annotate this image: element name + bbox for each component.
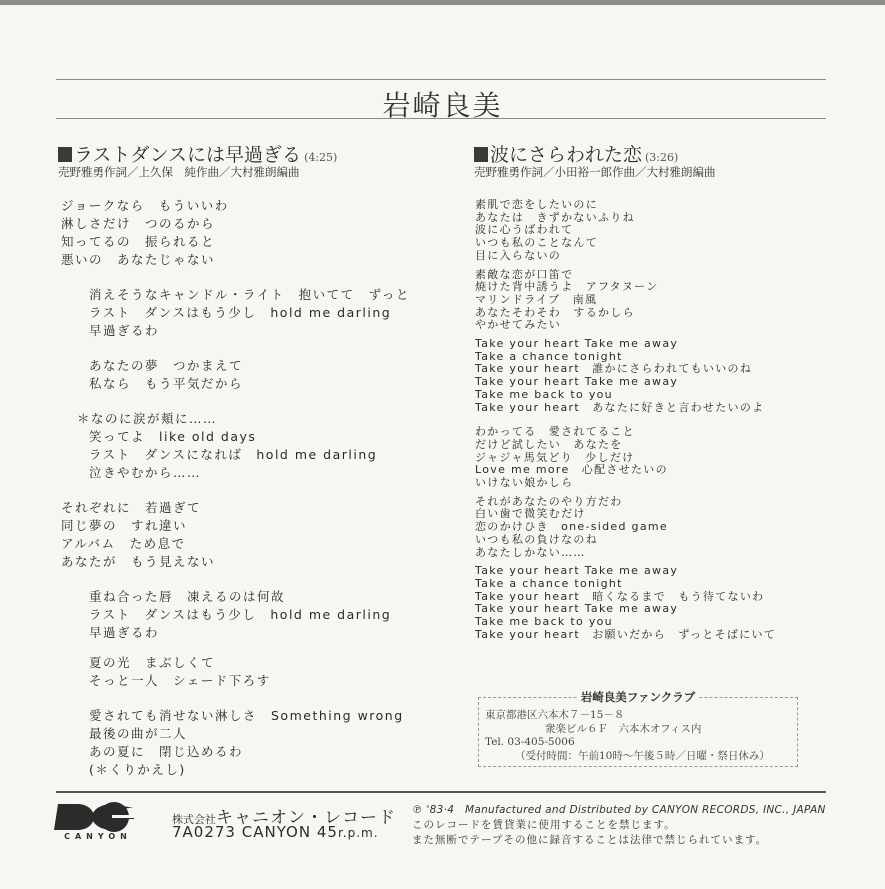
lyric-line: あの夏に 閉じ込めるわ — [61, 743, 410, 761]
page-top-edge — [0, 0, 885, 5]
lyric-line: 早過ぎるわ — [61, 322, 410, 340]
lyric-line: アルバム ため息で — [61, 535, 410, 553]
lyric-line: だけど試したい あなたを — [475, 439, 776, 452]
lyric-line: ジョークなら もういいわ — [61, 197, 410, 215]
song-title-1: ラストダンスには早過ぎる(4:25) — [58, 140, 337, 167]
lyric-line: 笑ってよ like old days — [61, 428, 410, 446]
fanclub-phone: Tel. 03-405-5006 — [485, 736, 791, 750]
lyric-line: 重ね合った唇 凍えるのは何故 — [61, 588, 410, 606]
lyric-line: いつも私の負けなのね — [475, 534, 776, 547]
fanclub-title: 岩崎良美ファンクラブ — [577, 690, 700, 704]
lyric-line: ラスト ダンスになれば hold me darling — [61, 446, 410, 464]
lyric-line: Take your heart お願いだから ずっとそばにいて — [475, 629, 776, 642]
fanclub-building: 衆楽ビル６Ｆ 六本木オフィス内 — [485, 723, 791, 737]
lyrics-song-1: ジョークなら もういいわ 淋しさだけ つのるから 知ってるの 振られると 悪いの… — [61, 197, 410, 779]
lyric-line: あなたが もう見えない — [61, 553, 410, 571]
canyon-logo-text: CANYON — [52, 832, 144, 841]
fanclub-box: 岩崎良美ファンクラブ 東京都港区六本木７－15－８ 衆楽ビル６Ｆ 六本木オフィス… — [478, 697, 798, 767]
lyric-line: 悪いの あなたじゃない — [61, 251, 410, 269]
header-top-rule — [56, 79, 826, 80]
lyric-line: 愛されても消せない淋しさ Something wrong — [61, 707, 410, 725]
lyric-line: ＊なのに涙が頬に…… — [61, 410, 410, 428]
lyric-line: 恋のかけひき one-sided game — [475, 521, 776, 534]
recording-prohibition: また無断でテープその他に録音することは法律で禁じられています。 — [412, 833, 826, 848]
lyric-line: やかせてみたい — [475, 319, 776, 332]
rental-prohibition: このレコードを賃貸業に使用することを禁じます。 — [412, 818, 826, 833]
header-bottom-rule — [56, 118, 826, 119]
manufacturer-line: ℗ '83·4 Manufactured and Distributed by … — [412, 803, 826, 818]
lyric-line: Take your heart Take me away — [475, 338, 776, 351]
fanclub-address: 東京都港区六本木７－15－８ — [485, 709, 791, 723]
lyric-line: 知ってるの 振られると — [61, 233, 410, 251]
lyric-line: そっと一人 シェード下ろす — [61, 672, 410, 690]
lyric-line: 素肌で恋をしたいのに — [475, 199, 776, 212]
lyric-line: マリンドライブ 南風 — [475, 294, 776, 307]
footer-rule — [56, 791, 826, 793]
lyric-line: Take your heart あなたに好きと言わせたいのよ — [475, 402, 776, 415]
lyric-line: Take me back to you — [475, 616, 776, 629]
lyric-line: 同じ夢の すれ違い — [61, 517, 410, 535]
lyric-line: 早過ぎるわ — [61, 624, 410, 642]
lyric-line: いつも私のことなんて — [475, 237, 776, 250]
song-credits-1: 売野雅勇作詞／上久保 純作曲／大村雅朗編曲 — [58, 164, 300, 180]
lyric-line: 消えそうなキャンドル・ライト 抱いてて ずっと — [61, 286, 410, 304]
song-duration: (4:25) — [304, 151, 337, 164]
song-credits-2: 売野雅勇作詞／小田裕一郎作曲／大村雅朗編曲 — [474, 164, 716, 180]
lyric-line: 最後の曲が二人 — [61, 725, 410, 743]
lyric-line: Take me back to you — [475, 389, 776, 402]
square-bullet-icon — [58, 147, 72, 162]
lyric-line: Take your heart Take me away — [475, 376, 776, 389]
lyric-line: (＊くりかえし) — [61, 761, 410, 779]
square-bullet-icon — [474, 147, 488, 162]
lyric-line: Take a chance tonight — [475, 578, 776, 591]
song-duration: (3:26) — [645, 151, 678, 164]
catalog-number: 7A0273 CANYON 45r.p.m. — [172, 823, 379, 841]
lyric-line: いけない娘かしら — [475, 477, 776, 490]
lyric-line: 泣きやむから…… — [61, 464, 410, 482]
lyric-line: 淋しさだけ つのるから — [61, 215, 410, 233]
lyric-line: 目に入らないの — [475, 250, 776, 263]
song-title-2: 波にさらわれた恋(3:26) — [474, 140, 678, 167]
fanclub-hours: （受付時間：午前10時～午後５時／日曜・祭日休み） — [485, 750, 791, 764]
lyric-line: あなたしかない…… — [475, 547, 776, 560]
lyric-line: 私なら もう平気だから — [61, 375, 410, 393]
legal-notice: ℗ '83·4 Manufactured and Distributed by … — [412, 803, 826, 848]
lyrics-song-2: 素肌で恋をしたいのに あなたは きずかないふりね 波に心うばわれて いつも私のこ… — [475, 199, 776, 642]
lyric-line: それぞれに 若過ぎて — [61, 499, 410, 517]
lyric-line: ラスト ダンスはもう少し hold me darling — [61, 606, 410, 624]
lyric-line: ラスト ダンスはもう少し hold me darling — [61, 304, 410, 322]
lyric-line: あなたの夢 つかまえて — [61, 357, 410, 375]
lyric-line: 夏の光 まぶしくて — [61, 654, 410, 672]
